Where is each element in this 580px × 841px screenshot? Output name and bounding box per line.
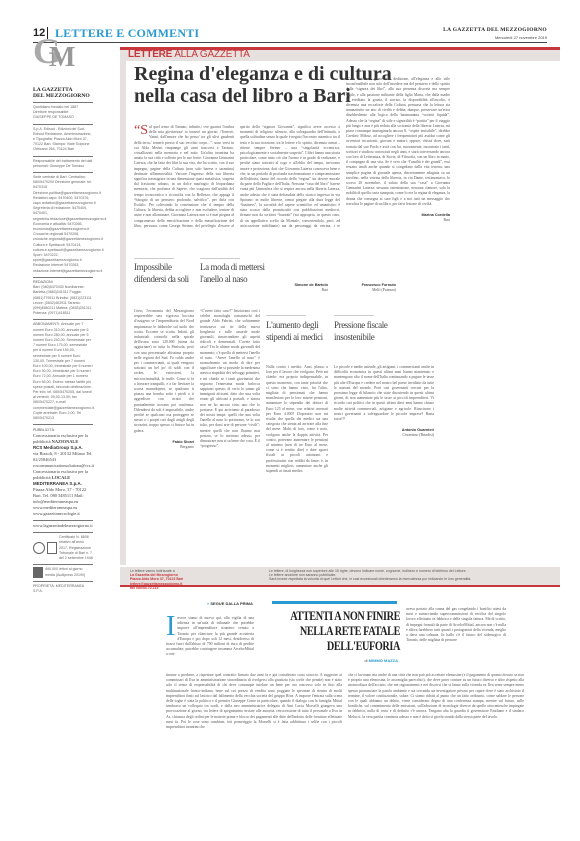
advertising-block: PUBBLICITÀ: Concessionaria esclusiva per… [33, 424, 93, 520]
readership-block: 490.000 lettori al giorno media (Audipre… [33, 564, 93, 581]
fieg-logo-icon [47, 542, 57, 554]
author-place: Bari [266, 288, 328, 293]
double-chevron-icon: » [207, 601, 209, 606]
letter-title: L'aumento degli stipendi ai medici [266, 319, 328, 343]
letter-title: Pressione fiscale insostenibile [334, 319, 396, 343]
certification-seal-icon [33, 542, 45, 554]
divider [134, 258, 174, 259]
contacts-block: Sede centrale di Bari: Centralino: 080/5… [33, 172, 93, 277]
issue-date: Mercoledì 27 novembre 2019 [495, 35, 547, 40]
dropcap: I [166, 616, 175, 638]
website-link[interactable]: www.lagazzettadelmezzogiorno.it [33, 520, 93, 532]
submission-rules: Le lettere, di lunghezza non superiore a… [269, 569, 471, 582]
section-kicker: LETTERE ALLA GAZZETTA [128, 49, 250, 60]
editorial-col1-top: Invece siamo di nuovo qui, alla vigilia … [166, 616, 254, 673]
divider [334, 315, 374, 316]
certificate-block: Certificato N. 8606 relativo all'anno 20… [33, 532, 93, 564]
letter-body-continued: Simone de Bartolo Bari [266, 255, 328, 305]
colophon-sidebar: GM LA GAZZETTA DEL MEZZOGIORNO Quotidian… [33, 51, 93, 598]
section-title: LETTERE E COMMENTI [55, 26, 199, 41]
editorial-col2-wide: che ci lavorano ma anche di una città ch… [348, 673, 524, 757]
divider [266, 315, 306, 316]
box-left-border [120, 60, 126, 565]
gm-logo-icon: GM [33, 51, 73, 85]
main-letter-col1: “Sul quel treno di Taranto, infinito,/ o… [134, 125, 234, 228]
ads-logo-icon [33, 567, 43, 578]
letter-body: Le piccole e medie aziende, gli artigian… [334, 365, 434, 489]
main-letter-col2: spirito della “signora Giovanna”, signif… [240, 125, 340, 228]
publisher-block: S.p.A. Edisud - Edizioni del Sud-Edisud … [33, 124, 93, 156]
letter-title: Impossibile difendersi da soli [134, 261, 194, 285]
editorial-headline: ATTENTI A NON FINIRE NELLA RETE FATALE D… [284, 609, 400, 654]
author-place: Melfi (Potenza) [334, 288, 396, 293]
page-header: 12 LETTERE E COMMENTI LA GAZZETTA DEL ME… [33, 25, 547, 43]
redazioni-block: REDAZIONI Bari: (080)5470430 Nordbarese:… [33, 277, 93, 319]
editorial-col1-wide: tinuare a produrre, a rispettare quel co… [166, 673, 342, 787]
masthead-name: LA GAZZETTA DEL MEZZOGIORNO [443, 27, 547, 33]
letter-body: Certo, l'economia del Mezzogiorno respir… [134, 309, 194, 499]
byline: di MIMMO MAZZA [310, 658, 398, 663]
privacy-block: Responsabile del trattamento dei dati pe… [33, 156, 93, 172]
ownership: PROPRIETÀ: MEDITERRANEA S.P.A. [33, 581, 93, 597]
author-place: Bergamo [134, 445, 194, 450]
letter-signature: Francesco Fornuto Melfi (Potenza) [334, 255, 396, 305]
divider [200, 258, 240, 259]
submission-address: Le lettere vanno indirizzate a La Gazzet… [130, 569, 183, 590]
author-place: Bari [346, 218, 450, 223]
main-letter-col3: “Casa Laterza”, grazie alla dedizione, a… [346, 77, 450, 265]
letters-submission-info: Le lettere vanno indirizzate a La Gazzet… [120, 567, 560, 587]
letter-title: La moda di mettersi l'anello al naso [200, 261, 270, 285]
continued-from-front: » SEGUE DALLA PRIMA [207, 601, 253, 606]
dropcap: “S [134, 125, 148, 137]
paper-name: LA GAZZETTA DEL MEZZOGIORNO [33, 87, 93, 99]
author-place: Cisternino (Brindisi) [334, 433, 434, 438]
letters-section: LETTERE ALLA GAZZETTA Regina d'eleganza … [120, 47, 560, 567]
letter-body: Nulla contro i medici. Anzi, plauso a lo… [266, 365, 328, 490]
subscriptions-block: ABBONAMENTI: Annuale per 7 numeri Euro 3… [33, 319, 93, 424]
headline-rule [272, 601, 397, 604]
director-block: Quotidiano fondato nel 1887 Direttore re… [33, 102, 93, 124]
editorial-col2-top: aveva portato alla canna del gas congela… [406, 607, 506, 673]
letter-body: “C'avete fatto caso?” Iniziavano così i … [200, 309, 260, 493]
